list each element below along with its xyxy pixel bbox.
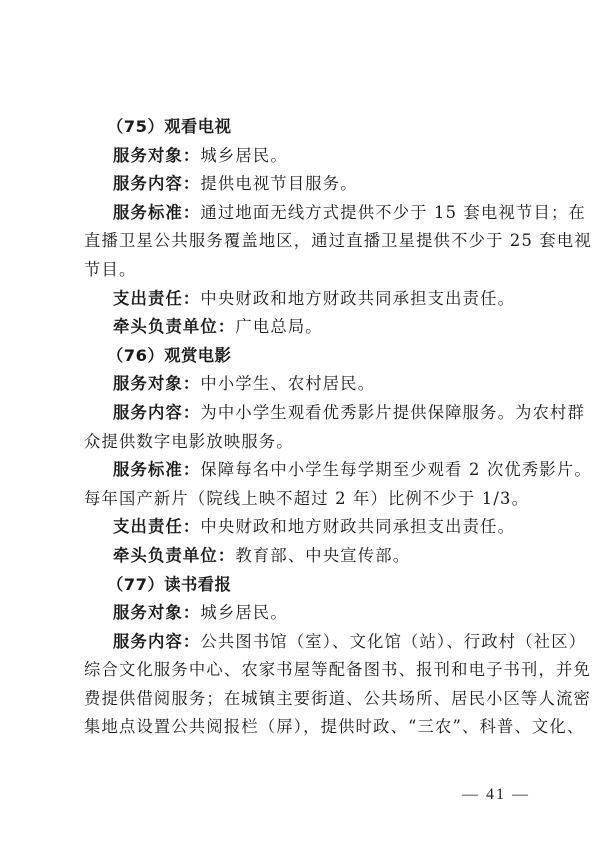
item-label: 支出责任： bbox=[113, 517, 200, 536]
item-text-continuation: 节目。 bbox=[84, 256, 532, 285]
item-label: 牵头负责单位： bbox=[113, 317, 235, 336]
section-heading-75: （75）观看电视 bbox=[84, 113, 532, 142]
item-service-target: 服务对象：城乡居民。 bbox=[84, 142, 532, 171]
item-label: 支出责任： bbox=[113, 289, 200, 308]
item-label: 服务对象： bbox=[113, 146, 200, 165]
item-label: 服务对象： bbox=[113, 603, 200, 622]
item-text: 提供电视节目服务。 bbox=[200, 174, 357, 193]
item-lead-unit: 牵头负责单位：广电总局。 bbox=[84, 313, 532, 342]
item-text-continuation: 费提供借阅服务；在城镇主要街道、公共场所、居民小区等人流密 bbox=[84, 685, 532, 714]
item-text-continuation: 直播卫星公共服务覆盖地区，通过直播卫星提供不少于 25 套电视 bbox=[84, 227, 532, 256]
item-text: 城乡居民。 bbox=[200, 146, 287, 165]
item-service-content: 服务内容：公共图书馆（室）、文化馆（站）、行政村（社区） bbox=[84, 628, 532, 657]
document-page: （75）观看电视 服务对象：城乡居民。 服务内容：提供电视节目服务。 服务标准：… bbox=[84, 113, 532, 742]
item-text: 通过地面无线方式提供不少于 15 套电视节目；在 bbox=[200, 203, 586, 222]
page-number: — 41 — bbox=[462, 786, 530, 804]
item-text-continuation: 综合文化服务中心、农家书屋等配备图书、报刊和电子书刊，并免 bbox=[84, 656, 532, 685]
item-label: 服务标准： bbox=[113, 203, 200, 222]
item-service-target: 服务对象：城乡居民。 bbox=[84, 599, 532, 628]
item-text: 教育部、中央宣传部。 bbox=[235, 546, 410, 565]
item-service-target: 服务对象：中小学生、农村居民。 bbox=[84, 370, 532, 399]
item-service-content: 服务内容：为中小学生观看优秀影片提供保障服务。为农村群 bbox=[84, 399, 532, 428]
item-service-standard: 服务标准：保障每名中小学生每学期至少观看 2 次优秀影片。 bbox=[84, 456, 532, 485]
item-text-continuation: 众提供数字电影放映服务。 bbox=[84, 428, 532, 457]
item-lead-unit: 牵头负责单位：教育部、中央宣传部。 bbox=[84, 542, 532, 571]
item-expenditure: 支出责任：中央财政和地方财政共同承担支出责任。 bbox=[84, 513, 532, 542]
item-service-content: 服务内容：提供电视节目服务。 bbox=[84, 170, 532, 199]
item-label: 服务内容： bbox=[113, 632, 200, 651]
item-text: 公共图书馆（室）、文化馆（站）、行政村（社区） bbox=[200, 632, 586, 651]
item-label: 服务对象： bbox=[113, 374, 200, 393]
item-label: 服务内容： bbox=[113, 403, 200, 422]
item-text: 城乡居民。 bbox=[200, 603, 287, 622]
item-service-standard: 服务标准：通过地面无线方式提供不少于 15 套电视节目；在 bbox=[84, 199, 532, 228]
item-label: 牵头负责单位： bbox=[113, 546, 235, 565]
section-heading-76: （76）观赏电影 bbox=[84, 342, 532, 371]
item-text: 保障每名中小学生每学期至少观看 2 次优秀影片。 bbox=[200, 460, 591, 479]
item-text: 广电总局。 bbox=[235, 317, 322, 336]
item-expenditure: 支出责任：中央财政和地方财政共同承担支出责任。 bbox=[84, 285, 532, 314]
item-label: 服务内容： bbox=[113, 174, 200, 193]
item-text: 中央财政和地方财政共同承担支出责任。 bbox=[200, 289, 515, 308]
item-text: 为中小学生观看优秀影片提供保障服务。为农村群 bbox=[200, 403, 585, 422]
item-text-continuation: 每年国产新片（院线上映不超过 2 年）比例不少于 1/3。 bbox=[84, 485, 532, 514]
item-text-continuation: 集地点设置公共阅报栏（屏），提供时政、“三农”、科普、文化、 bbox=[84, 713, 532, 742]
item-label: 服务标准： bbox=[113, 460, 200, 479]
section-heading-77: （77）读书看报 bbox=[84, 571, 532, 600]
item-text: 中央财政和地方财政共同承担支出责任。 bbox=[200, 517, 515, 536]
item-text: 中小学生、农村居民。 bbox=[200, 374, 375, 393]
